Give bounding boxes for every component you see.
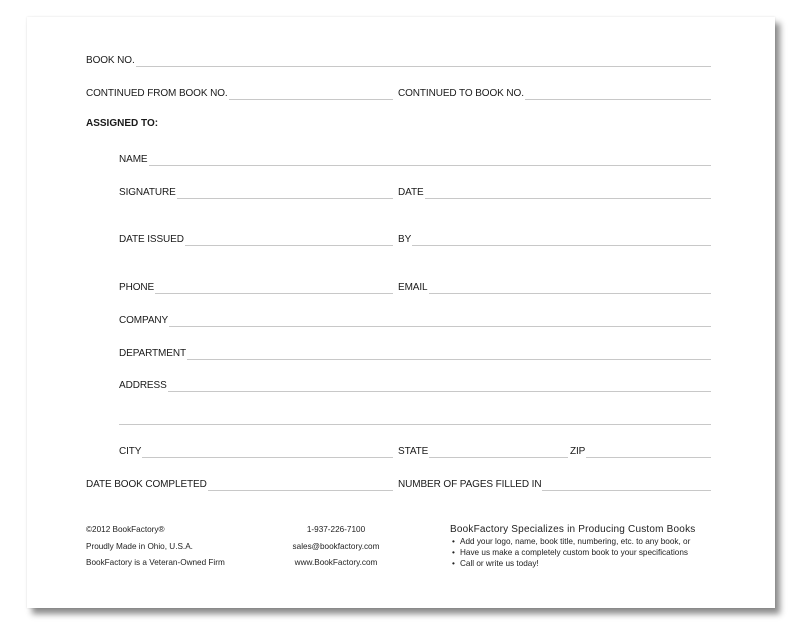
company-field[interactable]: COMPANY — [119, 311, 711, 327]
signature-field[interactable]: SIGNATURE — [119, 183, 393, 199]
zip-line[interactable] — [586, 446, 711, 458]
book-no-line[interactable] — [136, 55, 711, 67]
address-field[interactable]: ADDRESS — [119, 376, 711, 392]
pages-filled-label: NUMBER OF PAGES FILLED IN — [398, 479, 541, 491]
name-label: NAME — [119, 154, 148, 166]
date-completed-line[interactable] — [208, 479, 393, 491]
pages-filled-line[interactable] — [542, 479, 711, 491]
name-field[interactable]: NAME — [119, 150, 711, 166]
date-completed-label: DATE BOOK COMPLETED — [86, 479, 207, 491]
state-label: STATE — [398, 446, 428, 458]
sales-email[interactable]: sales@bookfactory.com — [276, 539, 396, 556]
name-line[interactable] — [149, 154, 712, 166]
date-issued-field[interactable]: DATE ISSUED — [119, 230, 393, 246]
phone-field[interactable]: PHONE — [119, 278, 393, 294]
continued-to-label: CONTINUED TO BOOK NO. — [398, 88, 524, 100]
department-line[interactable] — [187, 348, 711, 360]
email-label: EMAIL — [398, 282, 428, 294]
pages-filled-field[interactable]: NUMBER OF PAGES FILLED IN — [398, 475, 711, 491]
promo-list: •Add your logo, name, book title, number… — [450, 536, 740, 569]
phone-label: PHONE — [119, 282, 154, 294]
website-link[interactable]: www.BookFactory.com — [276, 555, 396, 572]
address-label: ADDRESS — [119, 380, 167, 392]
address-line-2-field[interactable] — [119, 409, 711, 425]
continued-from-field[interactable]: CONTINUED FROM BOOK NO. — [86, 84, 393, 100]
department-label: DEPARTMENT — [119, 348, 186, 360]
veteran-owned-text: BookFactory is a Veteran-Owned Firm — [86, 555, 225, 572]
continued-from-line[interactable] — [229, 88, 393, 100]
assigned-to-heading: ASSIGNED TO: — [86, 118, 158, 134]
city-line[interactable] — [142, 446, 393, 458]
email-line[interactable] — [429, 282, 711, 294]
footer-promo: BookFactory Specializes in Producing Cus… — [450, 523, 740, 569]
footer-contact: 1-937-226-7100 sales@bookfactory.com www… — [276, 522, 396, 572]
zip-label: ZIP — [570, 446, 585, 458]
state-field[interactable]: STATE — [398, 442, 568, 458]
state-line[interactable] — [429, 446, 568, 458]
book-no-label: BOOK NO. — [86, 55, 135, 67]
email-field[interactable]: EMAIL — [398, 278, 711, 294]
city-field[interactable]: CITY — [119, 442, 393, 458]
continued-from-label: CONTINUED FROM BOOK NO. — [86, 88, 228, 100]
date-field[interactable]: DATE — [398, 183, 711, 199]
promo-item: •Call or write us today! — [450, 558, 740, 569]
continued-to-line[interactable] — [525, 88, 711, 100]
date-issued-line[interactable] — [185, 234, 393, 246]
address-line[interactable] — [168, 380, 711, 392]
date-issued-label: DATE ISSUED — [119, 234, 184, 246]
department-field[interactable]: DEPARTMENT — [119, 344, 711, 360]
address-line-2[interactable] — [119, 413, 711, 425]
promo-title: BookFactory Specializes in Producing Cus… — [450, 523, 740, 536]
by-line[interactable] — [412, 234, 711, 246]
signature-line[interactable] — [177, 187, 393, 199]
date-label: DATE — [398, 187, 424, 199]
zip-field[interactable]: ZIP — [570, 442, 711, 458]
copyright-text: ©2012 BookFactory® — [86, 522, 225, 539]
footer-company-info: ©2012 BookFactory® Proudly Made in Ohio,… — [86, 522, 225, 572]
date-completed-field[interactable]: DATE BOOK COMPLETED — [86, 475, 393, 491]
phone-number: 1-937-226-7100 — [276, 522, 396, 539]
city-label: CITY — [119, 446, 141, 458]
date-line[interactable] — [425, 187, 711, 199]
company-line[interactable] — [169, 315, 711, 327]
by-field[interactable]: BY — [398, 230, 711, 246]
promo-item: •Have us make a completely custom book t… — [450, 547, 740, 558]
promo-item: •Add your logo, name, book title, number… — [450, 536, 740, 547]
company-label: COMPANY — [119, 315, 168, 327]
phone-line[interactable] — [155, 282, 393, 294]
made-in-text: Proudly Made in Ohio, U.S.A. — [86, 539, 225, 556]
by-label: BY — [398, 234, 411, 246]
bullet-icon: • — [452, 536, 455, 547]
signature-label: SIGNATURE — [119, 187, 176, 199]
book-no-field[interactable]: BOOK NO. — [86, 51, 711, 67]
bullet-icon: • — [452, 547, 455, 558]
continued-to-field[interactable]: CONTINUED TO BOOK NO. — [398, 84, 711, 100]
bullet-icon: • — [452, 558, 455, 569]
